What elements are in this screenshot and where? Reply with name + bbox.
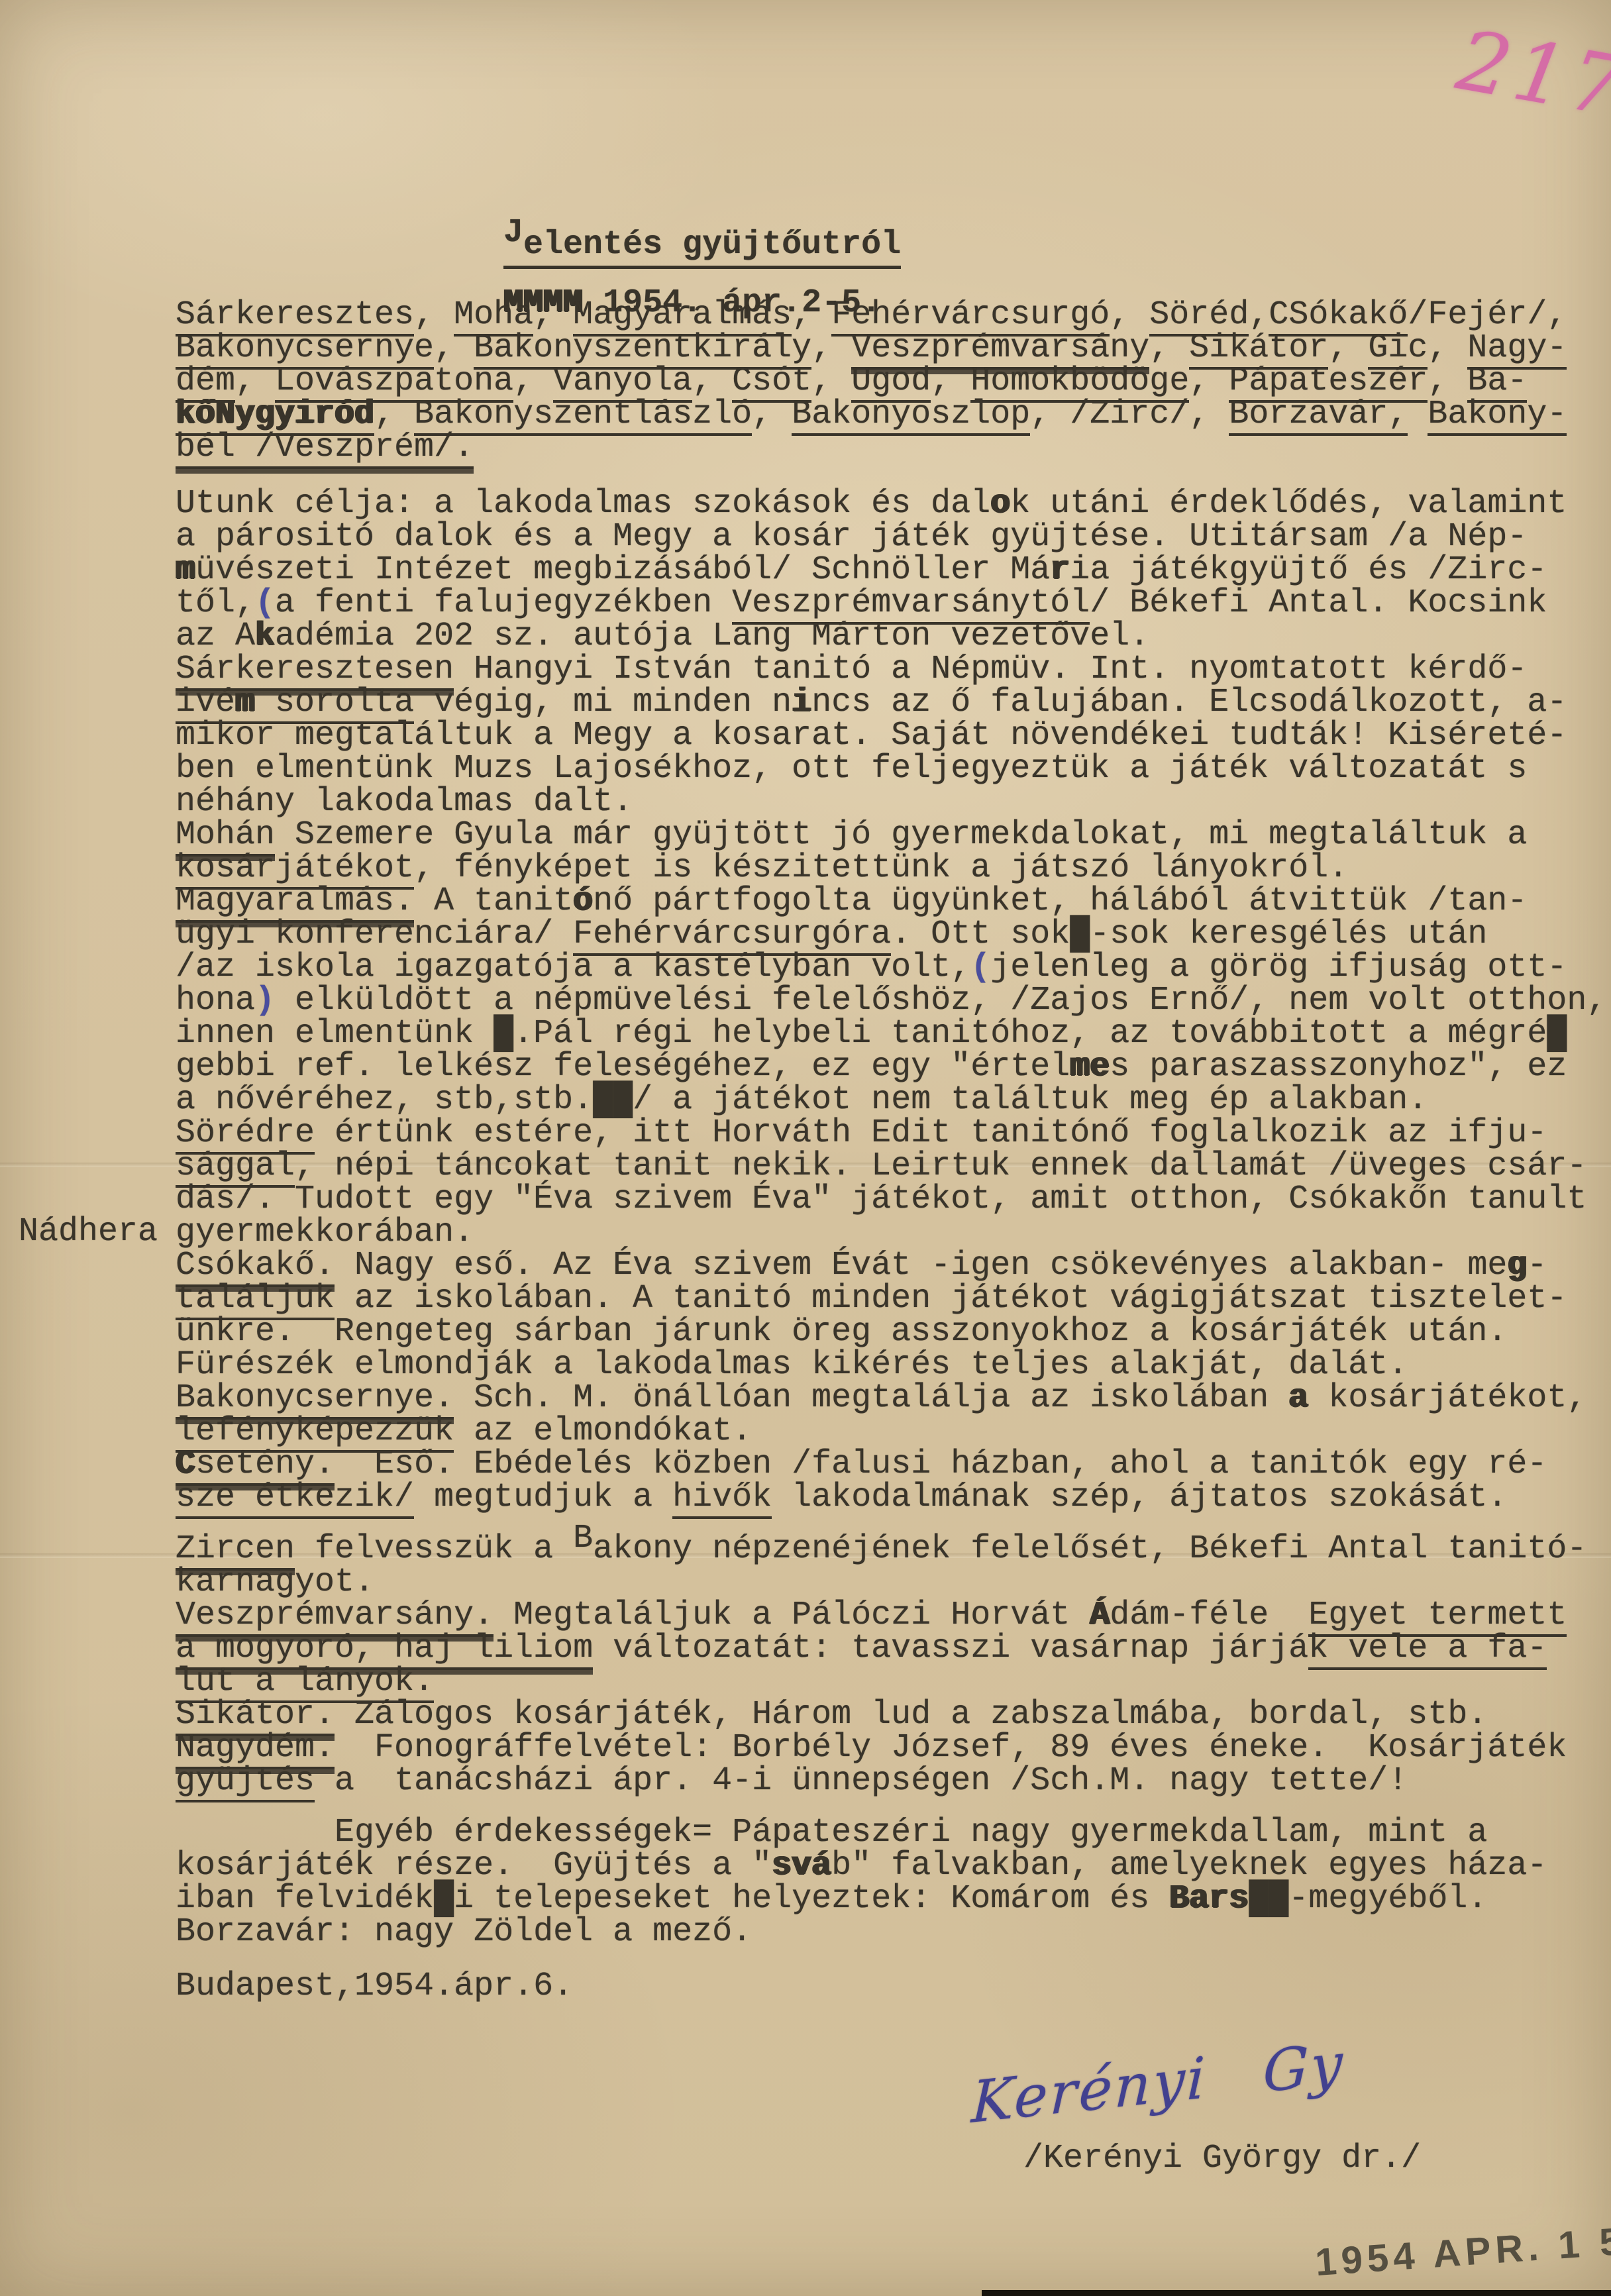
- paragraph-egyeb: Egyéb érdekességek= Pápateszéri nagy gye…: [176, 1816, 1610, 1949]
- text-segment: üvészeti Intézet megbizásából/ Schnöller…: [195, 551, 1050, 589]
- text-line: gyermekkorában.: [176, 1216, 1610, 1249]
- paragraph-veszpremvarsany: Veszprémvarsány. Megtaláljuk a Pálóczi H…: [176, 1599, 1610, 1698]
- text-line: kosárjáték része. Gyüjtés a "sváb" falva…: [176, 1850, 1610, 1883]
- text-segment: a fenti falujegyzékben: [275, 584, 732, 622]
- text-segment: ,: [513, 362, 553, 400]
- text-segment: ia játékgyüjtő és /Zirc-: [1070, 551, 1547, 589]
- text-segment: sze étkezik/: [176, 1479, 414, 1519]
- text-segment: s paraszasszonyhoz", ez: [1110, 1048, 1567, 1086]
- text-segment: gyermekkorában.: [176, 1214, 474, 1251]
- text-segment: gebbi ref. lelkész feleségéhez, ez egy "…: [176, 1048, 1070, 1086]
- text-line: találjuk az iskolában. A tanitó minden j…: [176, 1282, 1610, 1316]
- text-line: müvészeti Intézet megbizásából/ Schnölle…: [176, 554, 1610, 587]
- text-line: Fürészék elmondják a lakodalmas kikérés …: [176, 1349, 1610, 1382]
- text-line: kőNygyiród, Bakonyszentlászló, Bakonyosz…: [176, 398, 1610, 431]
- text-segment: Utunk célja: a lakodalmas szokások és da…: [176, 485, 990, 523]
- text-segment: /az iskola igazgatója a kastélyban volt,: [176, 949, 970, 986]
- text-line: Zircen felvesszük a Bakony népzenéjének …: [176, 1533, 1610, 1566]
- text-segment: , /Zirc/,: [1030, 395, 1229, 433]
- text-segment: jelenleg a görög ifjuság ott-: [990, 949, 1567, 986]
- text-segment: megtudjuk a: [414, 1479, 672, 1516]
- text-segment: █: [434, 1880, 454, 1918]
- text-segment: -sok keresgélés után: [1090, 915, 1487, 953]
- text-line: a mogyoró, haj liliom változatát: tavass…: [176, 1632, 1610, 1665]
- text-segment: Fürészék elmondják a lakodalmas kikérés …: [176, 1346, 1408, 1384]
- text-line: ivém sorolta végig, mi minden nincs az ő…: [176, 686, 1610, 719]
- text-line: Egyéb érdekességek= Pápateszéri nagy gye…: [176, 1816, 1610, 1850]
- title-text: elentés gyüjtőutról: [523, 226, 901, 264]
- text-line: gebbi ref. lelkész feleségéhez, ez egy "…: [176, 1051, 1610, 1084]
- text-segment: b" falvakban, amelyeknek egyes háza-: [831, 1847, 1547, 1885]
- text-segment: Bars: [1169, 1880, 1249, 1918]
- text-segment: -megyéből.: [1288, 1880, 1487, 1918]
- text-segment: Á: [1090, 1596, 1110, 1634]
- typed-signature: /Kerényi György dr./: [1023, 2140, 1421, 2177]
- text-segment: az elmondókat.: [454, 1412, 752, 1450]
- text-segment: B: [573, 1520, 593, 1557]
- text-segment: Bakonyoszlop: [792, 395, 1030, 436]
- text-segment: ,: [434, 329, 474, 367]
- text-segment: ügyi konferenciára/: [176, 915, 573, 953]
- scanned-document-page: { "page_number_annotation": "217", "titl…: [0, 0, 1611, 2296]
- text-segment: hivők: [672, 1479, 772, 1519]
- text-segment: kosárjátékot,: [1308, 1379, 1586, 1417]
- text-line: kosárjátékot, fényképet is készitettünk …: [176, 852, 1610, 885]
- text-segment: Borzavár: nagy Zöldel a mező.: [176, 1913, 752, 1951]
- text-segment: ,: [414, 296, 454, 334]
- text-line: Magyaralmás. A tanitónő pártfogolta ügyü…: [176, 885, 1610, 918]
- text-segment: iban felvidék: [176, 1880, 434, 1918]
- text-segment: akony népzenéjének felelősét, Békefi Ant…: [593, 1530, 1586, 1568]
- text-segment: dám-féle: [1110, 1596, 1308, 1634]
- text-segment: ,: [1189, 362, 1229, 400]
- text-line: Bakonycsernye, Bakonyszentkirály, Veszpr…: [176, 332, 1610, 365]
- text-segment: ,: [1149, 329, 1189, 367]
- text-segment: ben elmentünk Muzs Lajosékhoz, ott felje…: [176, 750, 1527, 788]
- text-segment: A tanit: [414, 882, 573, 920]
- text-segment: néhány lakodalmas dalt.: [176, 783, 633, 821]
- text-segment: /Fejér/,: [1408, 296, 1567, 334]
- text-segment: ,: [1328, 329, 1368, 367]
- text-segment: svá: [772, 1847, 831, 1885]
- text-line: /az iskola igazgatója a kastélyban volt,…: [176, 951, 1610, 984]
- text-segment: a nővéréhez, stb,stb.: [176, 1081, 593, 1119]
- text-segment: i telepeseket helyeztek: Komárom és: [454, 1880, 1169, 1918]
- text-segment: kosárjáték része. Gyüjtés a ": [176, 1847, 772, 1885]
- text-line: Csókakő. Nagy eső. Az Éva szivem Évát -i…: [176, 1249, 1610, 1282]
- paragraph-zirc: Zircen felvesszük a Bakony népzenéjének …: [176, 1533, 1610, 1599]
- text-line: dás/. Tudott egy "Éva szivem Éva" játéko…: [176, 1183, 1610, 1216]
- text-segment: hona: [176, 982, 255, 1019]
- text-line: sze étkezik/ megtudjuk a hivők lakodalmá…: [176, 1481, 1610, 1514]
- text-segment: Fonográffelvétel: Borbély József, 89 éve…: [335, 1729, 1567, 1767]
- text-segment: / a játékot nem találtuk meg ép alakban.: [633, 1081, 1428, 1119]
- paragraph-nagydem: Nagydém. Fonográffelvétel: Borbély Józse…: [176, 1732, 1610, 1798]
- text-segment: me: [1070, 1048, 1110, 1086]
- text-segment: ,: [811, 329, 851, 367]
- text-segment: / Békefi Antal. Kocsink: [1090, 584, 1547, 622]
- text-line: Borzavár: nagy Zöldel a mező.: [176, 1916, 1610, 1949]
- text-line: Csetény. Eső. Ebédelés közben /falusi há…: [176, 1448, 1610, 1481]
- text-segment: a: [1288, 1379, 1308, 1417]
- text-segment: gyüjtés: [176, 1762, 315, 1802]
- text-line: Sörédre értünk estére, itt Horváth Edit …: [176, 1117, 1610, 1150]
- text-segment: felvesszük a: [295, 1530, 573, 1568]
- text-segment: től,: [176, 584, 255, 622]
- text-segment: az iskolában. A tanitó minden játékot vá…: [335, 1280, 1567, 1318]
- text-segment: -: [1527, 1247, 1547, 1284]
- handwritten-page-number: 217: [1450, 13, 1611, 136]
- text-segment: ,: [374, 395, 414, 433]
- report-title: Jelentés gyüjtőutról: [424, 195, 1610, 229]
- text-segment: m: [176, 551, 195, 589]
- text-segment: Zálogos kosárjáték, Három lud a zabszalm…: [335, 1696, 1487, 1734]
- text-segment: ünkre. Rengeteg sárban járunk öreg asszo…: [176, 1313, 1507, 1351]
- text-line: ben elmentünk Muzs Lajosékhoz, ott felje…: [176, 753, 1610, 786]
- text-segment: Budapest,1954.ápr.6.: [176, 1967, 573, 2005]
- text-segment: mikor megtaláltuk a Megy a kosarat. Sajá…: [176, 717, 1567, 755]
- text-segment: , népi táncokat tanit nekik. Leirtuk enn…: [295, 1147, 1586, 1185]
- paragraph-utunk: Utunk célja: a lakodalmas szokások és da…: [176, 488, 1610, 653]
- text-segment: változatát: tavasszi vasárnap járjá: [593, 1630, 1308, 1667]
- text-segment: ncs az ő falujában. Elcsodálkozott, a-: [811, 684, 1567, 721]
- text-segment: ,: [752, 395, 792, 433]
- text-line: től,(a fenti falujegyzékben Veszprémvars…: [176, 587, 1610, 620]
- text-segment: Borzavár,: [1229, 395, 1408, 436]
- text-segment: . Ott sok: [891, 915, 1070, 953]
- margin-note: Nádhera: [19, 1216, 158, 1249]
- text-line: Bakonycsernye. Sch. M. önállóan megtalál…: [176, 1382, 1610, 1415]
- text-segment: Nagy eső. Az Éva szivem Évát -igen csöke…: [335, 1247, 1507, 1284]
- paragraph-cseteny: Csetény. Eső. Ebédelés közben /falusi há…: [176, 1448, 1610, 1514]
- scan-edge-artifact: [982, 2290, 1611, 2296]
- text-segment: ,: [1428, 329, 1467, 367]
- text-segment: innen elmentünk: [176, 1015, 494, 1053]
- text-segment: k vele a fa-: [1308, 1630, 1547, 1670]
- text-line: gyüjtés a tanácsházi ápr. 4-i ünnepségen…: [176, 1765, 1610, 1798]
- paragraph-soredre: Sörédre értünk estére, itt Horváth Edit …: [176, 1117, 1610, 1249]
- text-line: iban felvidék█i telepeseket helyeztek: K…: [176, 1883, 1610, 1916]
- text-segment: g: [1507, 1247, 1527, 1284]
- text-segment: (: [255, 584, 275, 622]
- text-segment: ,: [1110, 296, 1149, 334]
- paragraph-sikator: Sikátor. Zálogos kosárjáték, Három lud a…: [176, 1698, 1610, 1732]
- text-line: lefényképezzük az elmondókat.: [176, 1415, 1610, 1448]
- text-segment: Szemere Gyula már gyüjtött jó gyermekdal…: [275, 816, 1527, 854]
- text-line: Veszprémvarsány. Megtaláljuk a Pálóczi H…: [176, 1599, 1610, 1632]
- text-segment: (: [970, 949, 990, 986]
- text-segment: ,: [692, 362, 732, 400]
- text-segment: nő pártfogolta ügyünket, hálából átvittü…: [593, 882, 1527, 920]
- text-line: a párositó dalok és a Megy a kosár játék…: [176, 521, 1610, 554]
- text-segment: ,: [533, 296, 573, 334]
- text-segment: █: [1070, 915, 1090, 953]
- text-segment: Sch. M. önállóan megtalálja az iskolában: [454, 1379, 1288, 1417]
- text-line: dém, Lovászpatona, Vanyola, Csót, Ugod, …: [176, 365, 1610, 398]
- text-segment: ,: [1249, 296, 1269, 334]
- text-line: néhány lakodalmas dalt.: [176, 786, 1610, 819]
- paragraph-bakonycsernye: Bakonycsernye. Sch. M. önállóan megtalál…: [176, 1382, 1610, 1448]
- text-segment: bél /Veszprém/.: [176, 429, 474, 469]
- text-segment: dás/. Tudott egy "Éva szivem Éva" játéko…: [176, 1180, 1586, 1218]
- text-segment: ,: [235, 362, 275, 400]
- text-line: mikor megtaláltuk a Megy a kosarat. Sajá…: [176, 719, 1610, 753]
- title-underline: Jelentés gyüjtőutról: [503, 226, 901, 269]
- text-segment: adémia 202 sz. autója Lang Márton vezető…: [275, 617, 1149, 655]
- paragraph-budapest-date: Budapest,1954.ápr.6.: [176, 1970, 1610, 2003]
- text-segment: ,: [811, 362, 851, 400]
- text-segment: .Pál régi helybeli tanitóhoz, az további…: [513, 1015, 1547, 1053]
- paragraph-csokako: Csókakő. Nagy eső. Az Éva szivem Évát -i…: [176, 1249, 1610, 1382]
- text-segment: , fényképet is készitettünk a játszó lán…: [414, 849, 1348, 887]
- text-segment: ,: [792, 296, 831, 334]
- text-line: a nővéréhez, stb,stb.██/ a játékot nem t…: [176, 1084, 1610, 1117]
- text-line: hona) elküldött a népmüvelési felelőshöz…: [176, 984, 1610, 1018]
- text-segment: ██: [1249, 1880, 1288, 1918]
- text-line: Mohán Szemere Gyula már gyüjtött jó gyer…: [176, 819, 1610, 852]
- text-segment: Megtaláljuk a Pálóczi Horvát: [494, 1596, 1090, 1634]
- text-segment: karnagyot.: [176, 1563, 374, 1601]
- text-segment: Hangyi István tanitó a Népmüv. Int. nyom…: [454, 651, 1527, 688]
- text-segment: ): [255, 982, 275, 1019]
- date-stamp: 1954 APR. 1 5.: [1314, 2218, 1611, 2285]
- text-segment: a tanácsházi ápr. 4-i ünnepségen /Sch.M.…: [315, 1762, 1408, 1800]
- text-segment: ,: [1428, 362, 1467, 400]
- text-segment: Egyéb érdekességek= Pápateszéri nagy gye…: [176, 1814, 1487, 1852]
- handwritten-signature: Kerényi Gy: [970, 2030, 1345, 2136]
- text-line: Budapest,1954.ápr.6.: [176, 1970, 1610, 2003]
- text-segment: o: [990, 485, 1010, 523]
- text-line: Sikátor. Zálogos kosárjáték, Három lud a…: [176, 1698, 1610, 1732]
- text-line: az Akadémia 202 sz. autója Lang Márton v…: [176, 620, 1610, 653]
- text-segment: █: [494, 1015, 513, 1053]
- text-segment: értünk estére, itt Horváth Edit tanitónő…: [315, 1114, 1547, 1152]
- paragraph-mohan: Mohán Szemere Gyula már gyüjtött jó gyer…: [176, 819, 1610, 885]
- text-segment: elküldött a népmüvelési felelőshöz, /Zaj…: [275, 982, 1606, 1019]
- text-segment: lakodalmának szép, ájtatos szokását.: [772, 1479, 1507, 1516]
- text-line: innen elmentünk █.Pál régi helybeli tani…: [176, 1018, 1610, 1051]
- text-segment: Bakony-: [1428, 395, 1567, 436]
- text-segment: ó: [573, 882, 593, 920]
- text-segment: ,: [931, 362, 970, 400]
- body-text: Sárkeresztes, Moha, Magyaralmás, Fehérvá…: [176, 299, 1610, 2003]
- text-line: ügyi konferenciára/ Fehérvárcsurgóra. Ot…: [176, 918, 1610, 951]
- text-line: Utunk célja: a lakodalmas szokások és da…: [176, 488, 1610, 521]
- document-body: Jelentés gyüjtőutról MMMM 1954. ápr.2-5.…: [176, 195, 1610, 2003]
- paragraph-magyaralmas: Magyaralmás. A tanitónő pártfogolta ügyü…: [176, 885, 1610, 1117]
- text-line: karnagyot.: [176, 1566, 1610, 1599]
- text-line: Sárkeresztes, Moha, Magyaralmás, Fehérvá…: [176, 299, 1610, 332]
- text-segment: k: [255, 617, 275, 655]
- text-segment: k utáni érdeklődés, valamint: [1010, 485, 1567, 523]
- text-segment: █: [1547, 1015, 1567, 1053]
- text-line: bél /Veszprém/.: [176, 431, 1610, 464]
- title-superscript: J: [503, 214, 523, 252]
- paragraph-sarkeresztes: Sárkeresztesen Hangyi István tanitó a Né…: [176, 653, 1610, 819]
- text-segment: a párositó dalok és a Megy a kosár játék…: [176, 518, 1527, 556]
- text-segment: i: [792, 684, 811, 721]
- village-list: Sárkeresztes, Moha, Magyaralmás, Fehérvá…: [176, 299, 1610, 464]
- text-segment: végig, mi minden n: [414, 684, 792, 721]
- text-line: Nagydém. Fonográffelvétel: Borbély Józse…: [176, 1732, 1610, 1765]
- text-line: lut a lányok.: [176, 1665, 1610, 1698]
- text-segment: r: [1050, 551, 1070, 589]
- text-segment: [1408, 395, 1428, 433]
- text-line: Sárkeresztesen Hangyi István tanitó a Né…: [176, 653, 1610, 686]
- text-line: sággal, népi táncokat tanit nekik. Leirt…: [176, 1150, 1610, 1183]
- text-line: ünkre. Rengeteg sárban járunk öreg asszo…: [176, 1316, 1610, 1349]
- text-segment: Eső. Ebédelés közben /falusi házban, aho…: [335, 1445, 1547, 1483]
- text-segment: ██: [593, 1081, 633, 1119]
- text-segment: az A: [176, 617, 255, 655]
